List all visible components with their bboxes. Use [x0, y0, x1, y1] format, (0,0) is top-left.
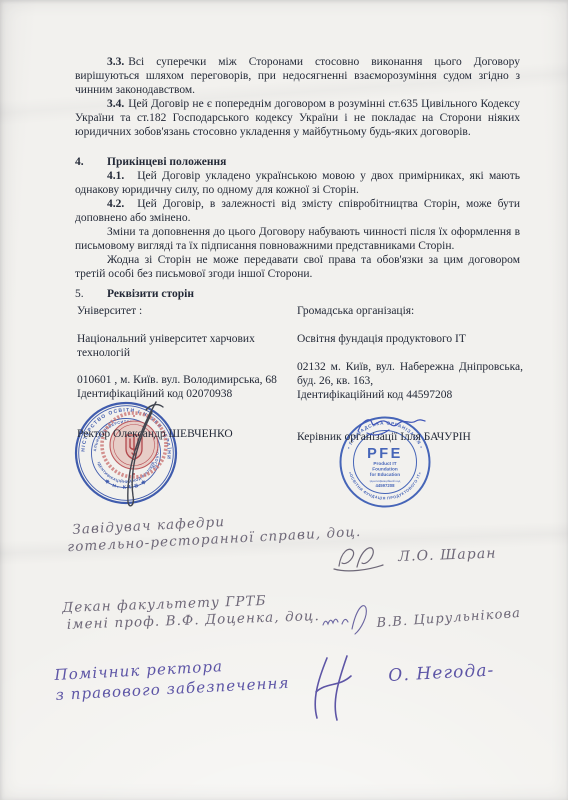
stamp-id-value: 44597208: [375, 483, 395, 488]
handwritten-name-nehoda: О. Негода-: [388, 662, 495, 685]
section-number: 5.: [75, 287, 107, 301]
section-5-heading: 5.Реквізити сторін: [75, 287, 520, 301]
clause-text: Цей Договір, в залежності від змісту спі…: [75, 198, 520, 224]
paragraph-3-3: 3.3.Всі суперечки між Сторонами стосовно…: [75, 55, 520, 97]
signature-tsyrulnikova: [323, 606, 366, 634]
paragraph-amendments: Зміни та доповнення до цього Договору на…: [75, 225, 520, 253]
clause-text: Всі суперечки між Сторонами стосовно вик…: [75, 56, 520, 96]
section-title: Реквізити сторін: [107, 288, 194, 300]
organization-signatory: Керівник організації Ілля БАЧУРІН: [297, 430, 471, 444]
university-stamp: МІНІСТЕРСТВО ОСВІТИ І НАУКИ УКРАЇНИ ✱ м.…: [74, 401, 178, 505]
handwritten-role-3: Помічник ректора з правового забезпеченн…: [54, 653, 290, 705]
party-address: 010601 , м. Київ. вул. Володимирська, 68: [77, 373, 299, 387]
section-title: Прикінцеві положення: [107, 156, 226, 168]
party-name: Національний університет харчових: [77, 332, 299, 346]
clause-number: 3.3.: [107, 56, 124, 68]
signature-nehoda: [315, 656, 351, 720]
clause-number: 4.2.: [107, 198, 124, 210]
party-id-code: Ідентифікаційний код 02070938: [77, 387, 299, 401]
clause-number: 4.1.: [107, 170, 124, 182]
party-address: 02132 м. Київ, вул. Набережна Дніпровськ…: [297, 360, 523, 388]
party-id-code: Ідентифікаційний код 44597208: [297, 388, 523, 402]
contract-body: 3.3.Всі суперечки між Сторонами стосовно…: [75, 55, 520, 301]
stamp-pfe-logo: PFE: [367, 446, 403, 462]
handwritten-name-tsyrulnikova: В.В. Цирульнікова: [376, 605, 522, 632]
party-name: Освітня фундація продуктового ІТ: [297, 332, 523, 346]
signature-sharan: [334, 548, 383, 571]
university-signatory: Ректор Олександр ШЕВЧЕНКО: [77, 427, 233, 441]
party-name-line2: технологій: [77, 346, 299, 360]
paragraph-no-transfer: Жодна зі Сторін не може передавати свої …: [75, 253, 520, 281]
trident-emblem-icon: [102, 413, 166, 477]
section-4-heading: 4.Прикінцеві положення: [75, 155, 520, 169]
stamp-center-line3: for Education: [370, 472, 400, 477]
clause-text: Цей Договір не є попереднім договором в …: [75, 98, 520, 138]
paragraph-4-1: 4.1.Цей Договір укладено українською мов…: [75, 169, 520, 197]
stamp-center-line2: Foundation: [372, 467, 398, 472]
handwritten-name-sharan: Л.О. Шаран: [398, 546, 497, 566]
party-university: Університет : Національний університет х…: [77, 304, 299, 401]
paragraph-4-2: 4.2.Цей Договір, в залежності від змісту…: [75, 197, 520, 225]
handwritten-role-1: Завідувач кафедри готельно-ресторанної с…: [72, 507, 362, 556]
clause-number: 3.4.: [107, 98, 124, 110]
clause-text: Цей Договір укладено українською мовою у…: [75, 170, 520, 196]
handwritten-role-2: Декан факультету ГРТБ імені проф. В.Ф. Д…: [62, 591, 320, 634]
document-page: 3.3.Всі суперечки між Сторонами стосовно…: [0, 0, 568, 800]
party-label: Університет :: [77, 304, 299, 318]
party-label: Громадська організація:: [297, 304, 523, 318]
party-organization: Громадська організація: Освітня фундація…: [297, 304, 523, 402]
stamp-center-line1: Product IT: [373, 461, 396, 466]
section-number: 4.: [75, 155, 107, 169]
paragraph-3-4: 3.4.Цей Договір не є попереднім договоро…: [75, 97, 520, 139]
